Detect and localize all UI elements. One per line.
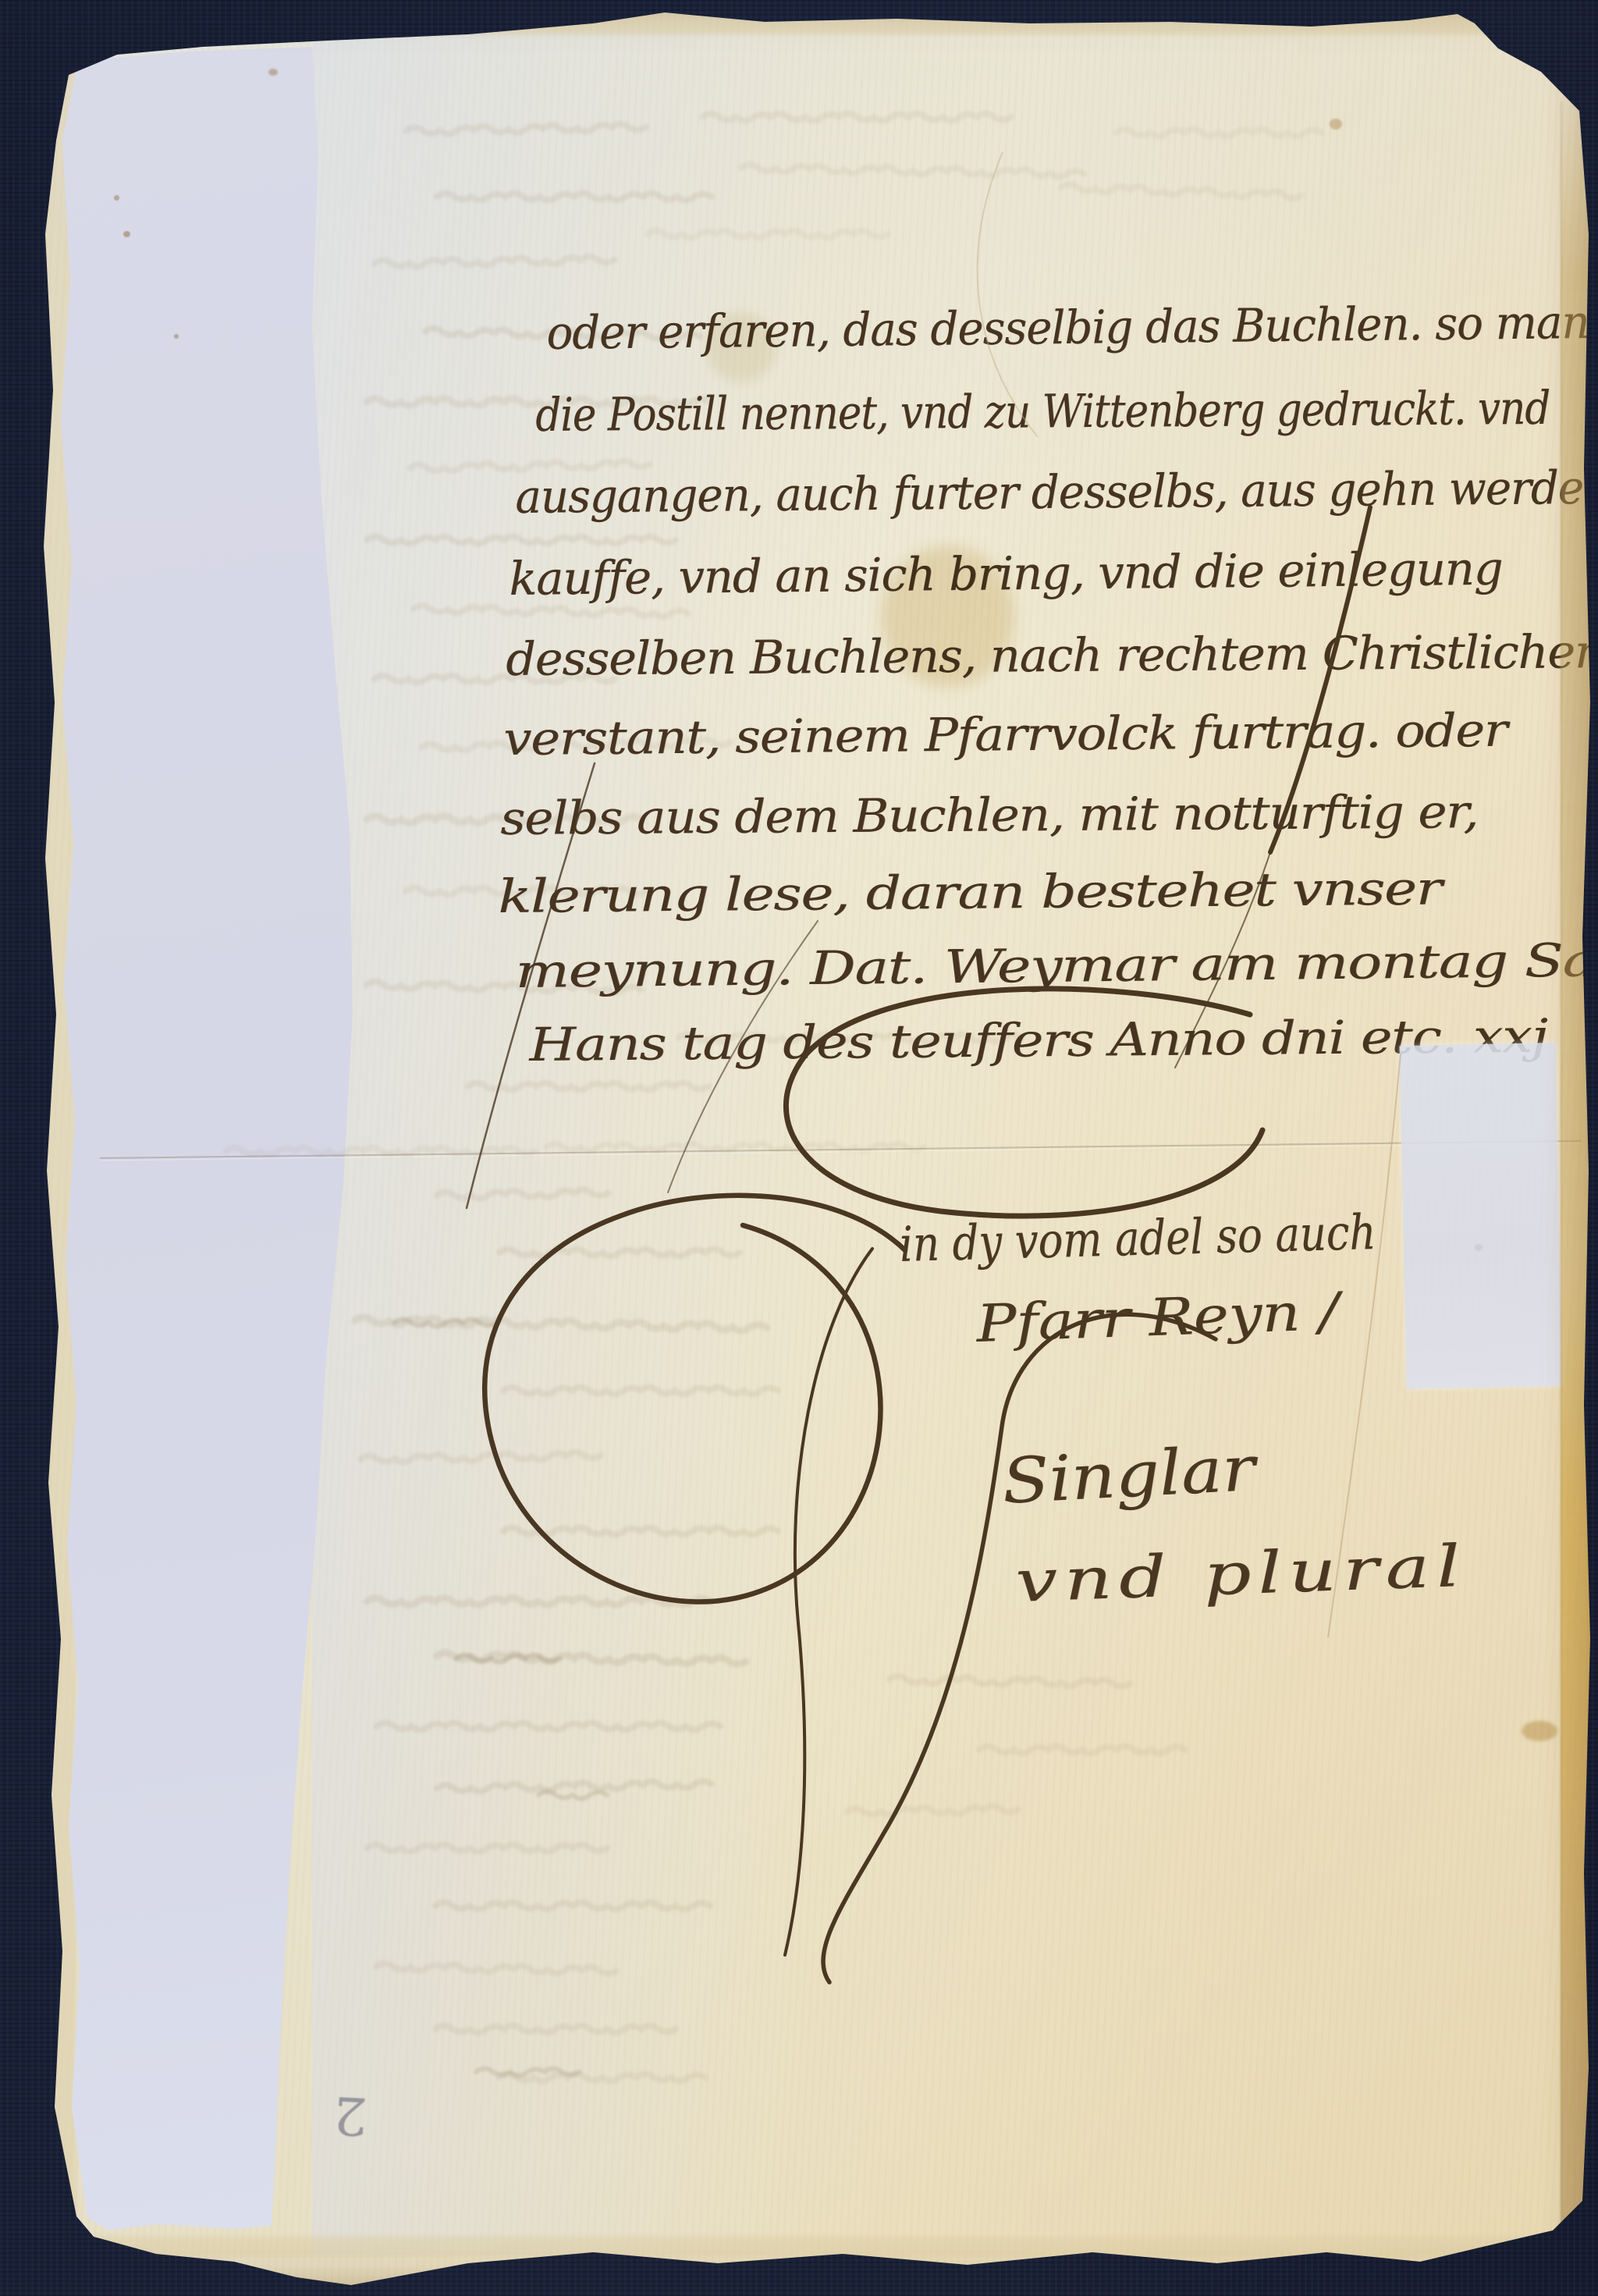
ghost-writing-stroke [355, 1317, 767, 1331]
ink-line: die Postill nennet, vnd zu Wittenberg ge… [535, 381, 1550, 442]
cool-tone-band [312, 31, 811, 2255]
ink-line: oder erfaren, das desselbig das Buchlen.… [546, 295, 1589, 360]
ghost-writing-stroke [702, 114, 1011, 121]
ghost-writing-stroke [503, 1528, 778, 1535]
ghost-writing-stroke [435, 1903, 710, 1910]
archive-photo-scene: oder erfaren, das desselbig das Buchlen.… [0, 0, 1598, 2296]
top-edge-deckle [94, 11, 1498, 34]
ghost-writing-stroke [377, 1723, 720, 1730]
address-line: Singlar [1000, 1432, 1257, 1518]
ghost-writing-stroke [437, 1780, 712, 1792]
ghost-writing-stroke [406, 123, 646, 134]
bottom-edge-deckle [94, 2237, 1545, 2257]
ghost-writing-stroke [979, 1747, 1185, 1754]
address-line: Pfarr Reyn / [975, 1281, 1340, 1354]
ghost-writing-stroke [375, 256, 615, 267]
ghost-writing-stroke [367, 1598, 710, 1605]
ghost-writing-stroke [847, 1806, 1018, 1816]
stain-tan [1522, 1721, 1557, 1741]
ink-line: kauffe, vnd an sich bring, vnd die einle… [509, 542, 1503, 606]
ghost-writing-stroke [456, 1655, 559, 1662]
ghost-writing-stroke [546, 1144, 924, 1151]
blank-flourish-ellipse [485, 1196, 905, 1602]
ink-line: ausgangen, auch furter desselbs, aus geh… [515, 460, 1598, 524]
ghost-writing-stroke [1116, 130, 1322, 137]
stain-speck [1330, 119, 1342, 130]
manuscript-page: oder erfaren, das desselbig das Buchlen.… [0, 0, 1598, 2296]
ink-line: selbs aus dem Buchlen, mit notturftig er… [500, 784, 1478, 845]
ghost-writing-stroke [376, 1964, 616, 1974]
ink-line: verstant, seinem Pfarrvolck furtrag. ode… [503, 703, 1507, 766]
ghost-writing-stroke [890, 1676, 1130, 1687]
page-edge-right [1561, 101, 1598, 2240]
ghost-writing-stroke [468, 1083, 708, 1090]
ghost-writing-stroke [499, 2074, 705, 2081]
ghost-writing-stroke [394, 1320, 497, 1327]
ghost-writing-stroke [437, 1189, 609, 1200]
ghost-writing-stroke [476, 2069, 579, 2076]
ghost-writing-stroke [499, 1249, 740, 1256]
ghost-writing-stroke [1061, 184, 1301, 200]
page-number-mark: 2 [332, 2085, 369, 2146]
address-line: vnd plural [1014, 1533, 1468, 1615]
repair-patch [1399, 1043, 1562, 1389]
ink-line: desselben Buchlens, nach rechtem Christl… [506, 624, 1598, 686]
ghost-writing-stroke [435, 2026, 676, 2033]
ghost-writing-stroke [648, 231, 888, 238]
ghost-writing-stroke [414, 606, 688, 617]
ink-line: Hans tag des teuffers Anno dni etc. xxj [529, 1009, 1547, 1072]
ghost-writing-stroke [367, 537, 676, 544]
ghost-writing-stroke [367, 1845, 607, 1852]
ink-line: meynung. Dat. Weymar am montag Sand [515, 933, 1598, 998]
ghost-writing-stroke [360, 1452, 601, 1463]
ghost-writing-stroke [538, 1792, 607, 1799]
ghost-writing-stroke [437, 194, 712, 201]
ghost-writing-stroke [437, 1653, 746, 1665]
ghost-writing-stroke [741, 165, 1085, 178]
ghost-writing-stroke [503, 1388, 778, 1395]
side-flourish-curve [785, 1249, 872, 1955]
address-line: in dy vom adel so auch [899, 1203, 1376, 1273]
ink-line: klerung lese, daran bestehet vnser [498, 861, 1442, 923]
address-flourish-curve [823, 1314, 1216, 1982]
